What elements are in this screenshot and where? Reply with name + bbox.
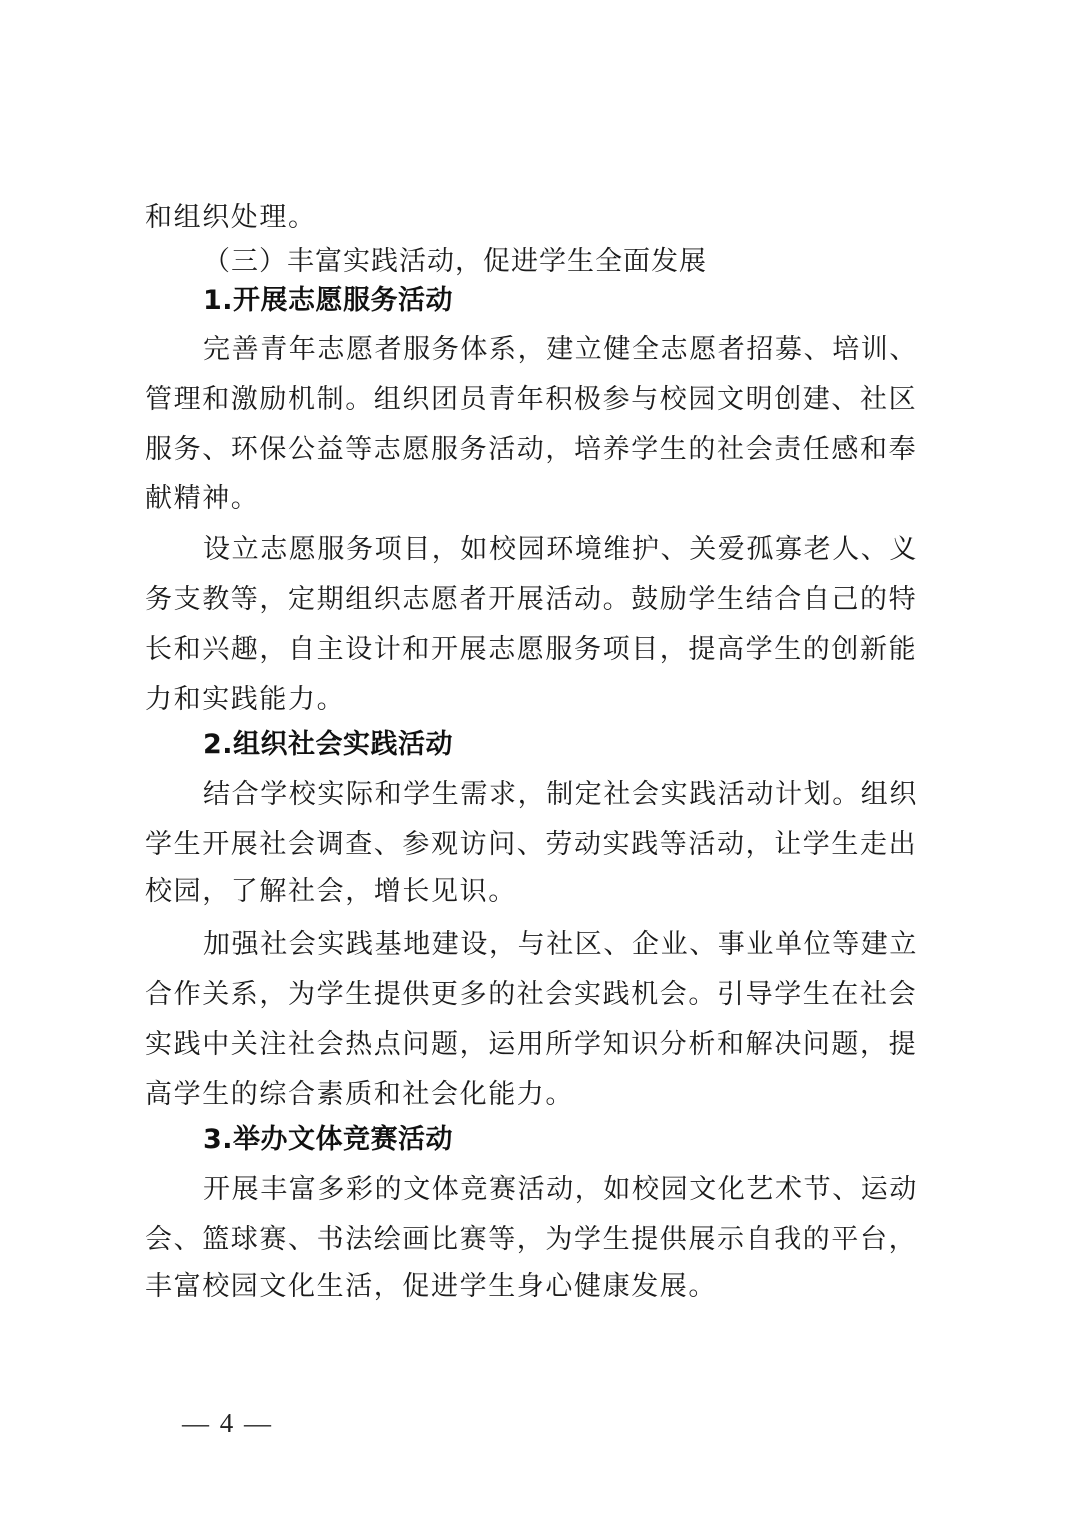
paragraph-line: 学生开展社会调查、参观访问、劳动实践等活动，让学生走出 [145, 825, 947, 865]
paragraph-line: 设立志愿服务项目，如校园环境维护、关爱孤寡老人、义 [203, 530, 1005, 570]
paragraph-line: 会、篮球赛、书法绘画比赛等，为学生提供展示自我的平台， [145, 1220, 947, 1260]
paragraph-line: 校园，了解社会，增长见识。 [145, 872, 947, 912]
paragraph-line: 实践中关注社会热点问题，运用所学知识分析和解决问题，提 [145, 1025, 947, 1065]
paragraph-line: 结合学校实际和学生需求，制定社会实践活动计划。组织 [203, 775, 1005, 815]
paragraph-line: 丰富校园文化生活，促进学生身心健康发展。 [145, 1267, 947, 1307]
paragraph-line: 完善青年志愿者服务体系，建立健全志愿者招募、培训、 [203, 330, 1005, 370]
subsection-title-2: 2.组织社会实践活动 [203, 725, 1005, 765]
paragraph-line: 力和实践能力。 [145, 680, 947, 720]
paragraph-line: 合作关系，为学生提供更多的社会实践机会。引导学生在社会 [145, 975, 947, 1015]
paragraph-line: 高学生的综合素质和社会化能力。 [145, 1075, 947, 1115]
subsection-title-3: 3.举办文体竞赛活动 [203, 1120, 1005, 1160]
paragraph-line: 管理和激励机制。组织团员青年积极参与校园文明创建、社区 [145, 380, 947, 420]
paragraph-line: 开展丰富多彩的文体竞赛活动，如校园文化艺术节、运动 [203, 1170, 1005, 1210]
subsection-title-1: 1.开展志愿服务活动 [203, 281, 1005, 321]
paragraph-line: 献精神。 [145, 479, 947, 519]
paragraph-line: 服务、环保公益等志愿服务活动，培养学生的社会责任感和奉 [145, 430, 947, 470]
section-heading: （三）丰富实践活动，促进学生全面发展 [203, 242, 1005, 282]
continuation-text: 和组织处理。 [145, 198, 947, 238]
paragraph-line: 务支教等，定期组织志愿者开展活动。鼓励学生结合自己的特 [145, 580, 947, 620]
document-page: 和组织处理。 （三）丰富实践活动，促进学生全面发展 1.开展志愿服务活动 完善青… [0, 0, 1080, 1527]
paragraph-line: 长和兴趣，自主设计和开展志愿服务项目，提高学生的创新能 [145, 630, 947, 670]
page-number: — 4 — [182, 1408, 273, 1439]
paragraph-line: 加强社会实践基地建设，与社区、企业、事业单位等建立 [203, 925, 1005, 965]
